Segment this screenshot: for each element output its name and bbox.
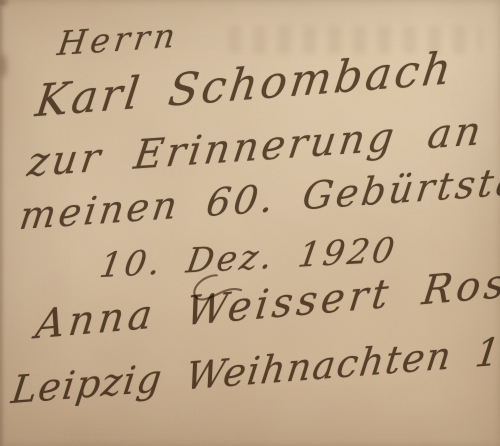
paper-stain-speck [0, 54, 7, 78]
inscription-line-salutation: Herrn [55, 15, 181, 63]
corner-stain-speck [0, 0, 8, 6]
book-endpaper-page: Herrn Karl Schombach zur Erinnerung an m… [0, 0, 500, 446]
